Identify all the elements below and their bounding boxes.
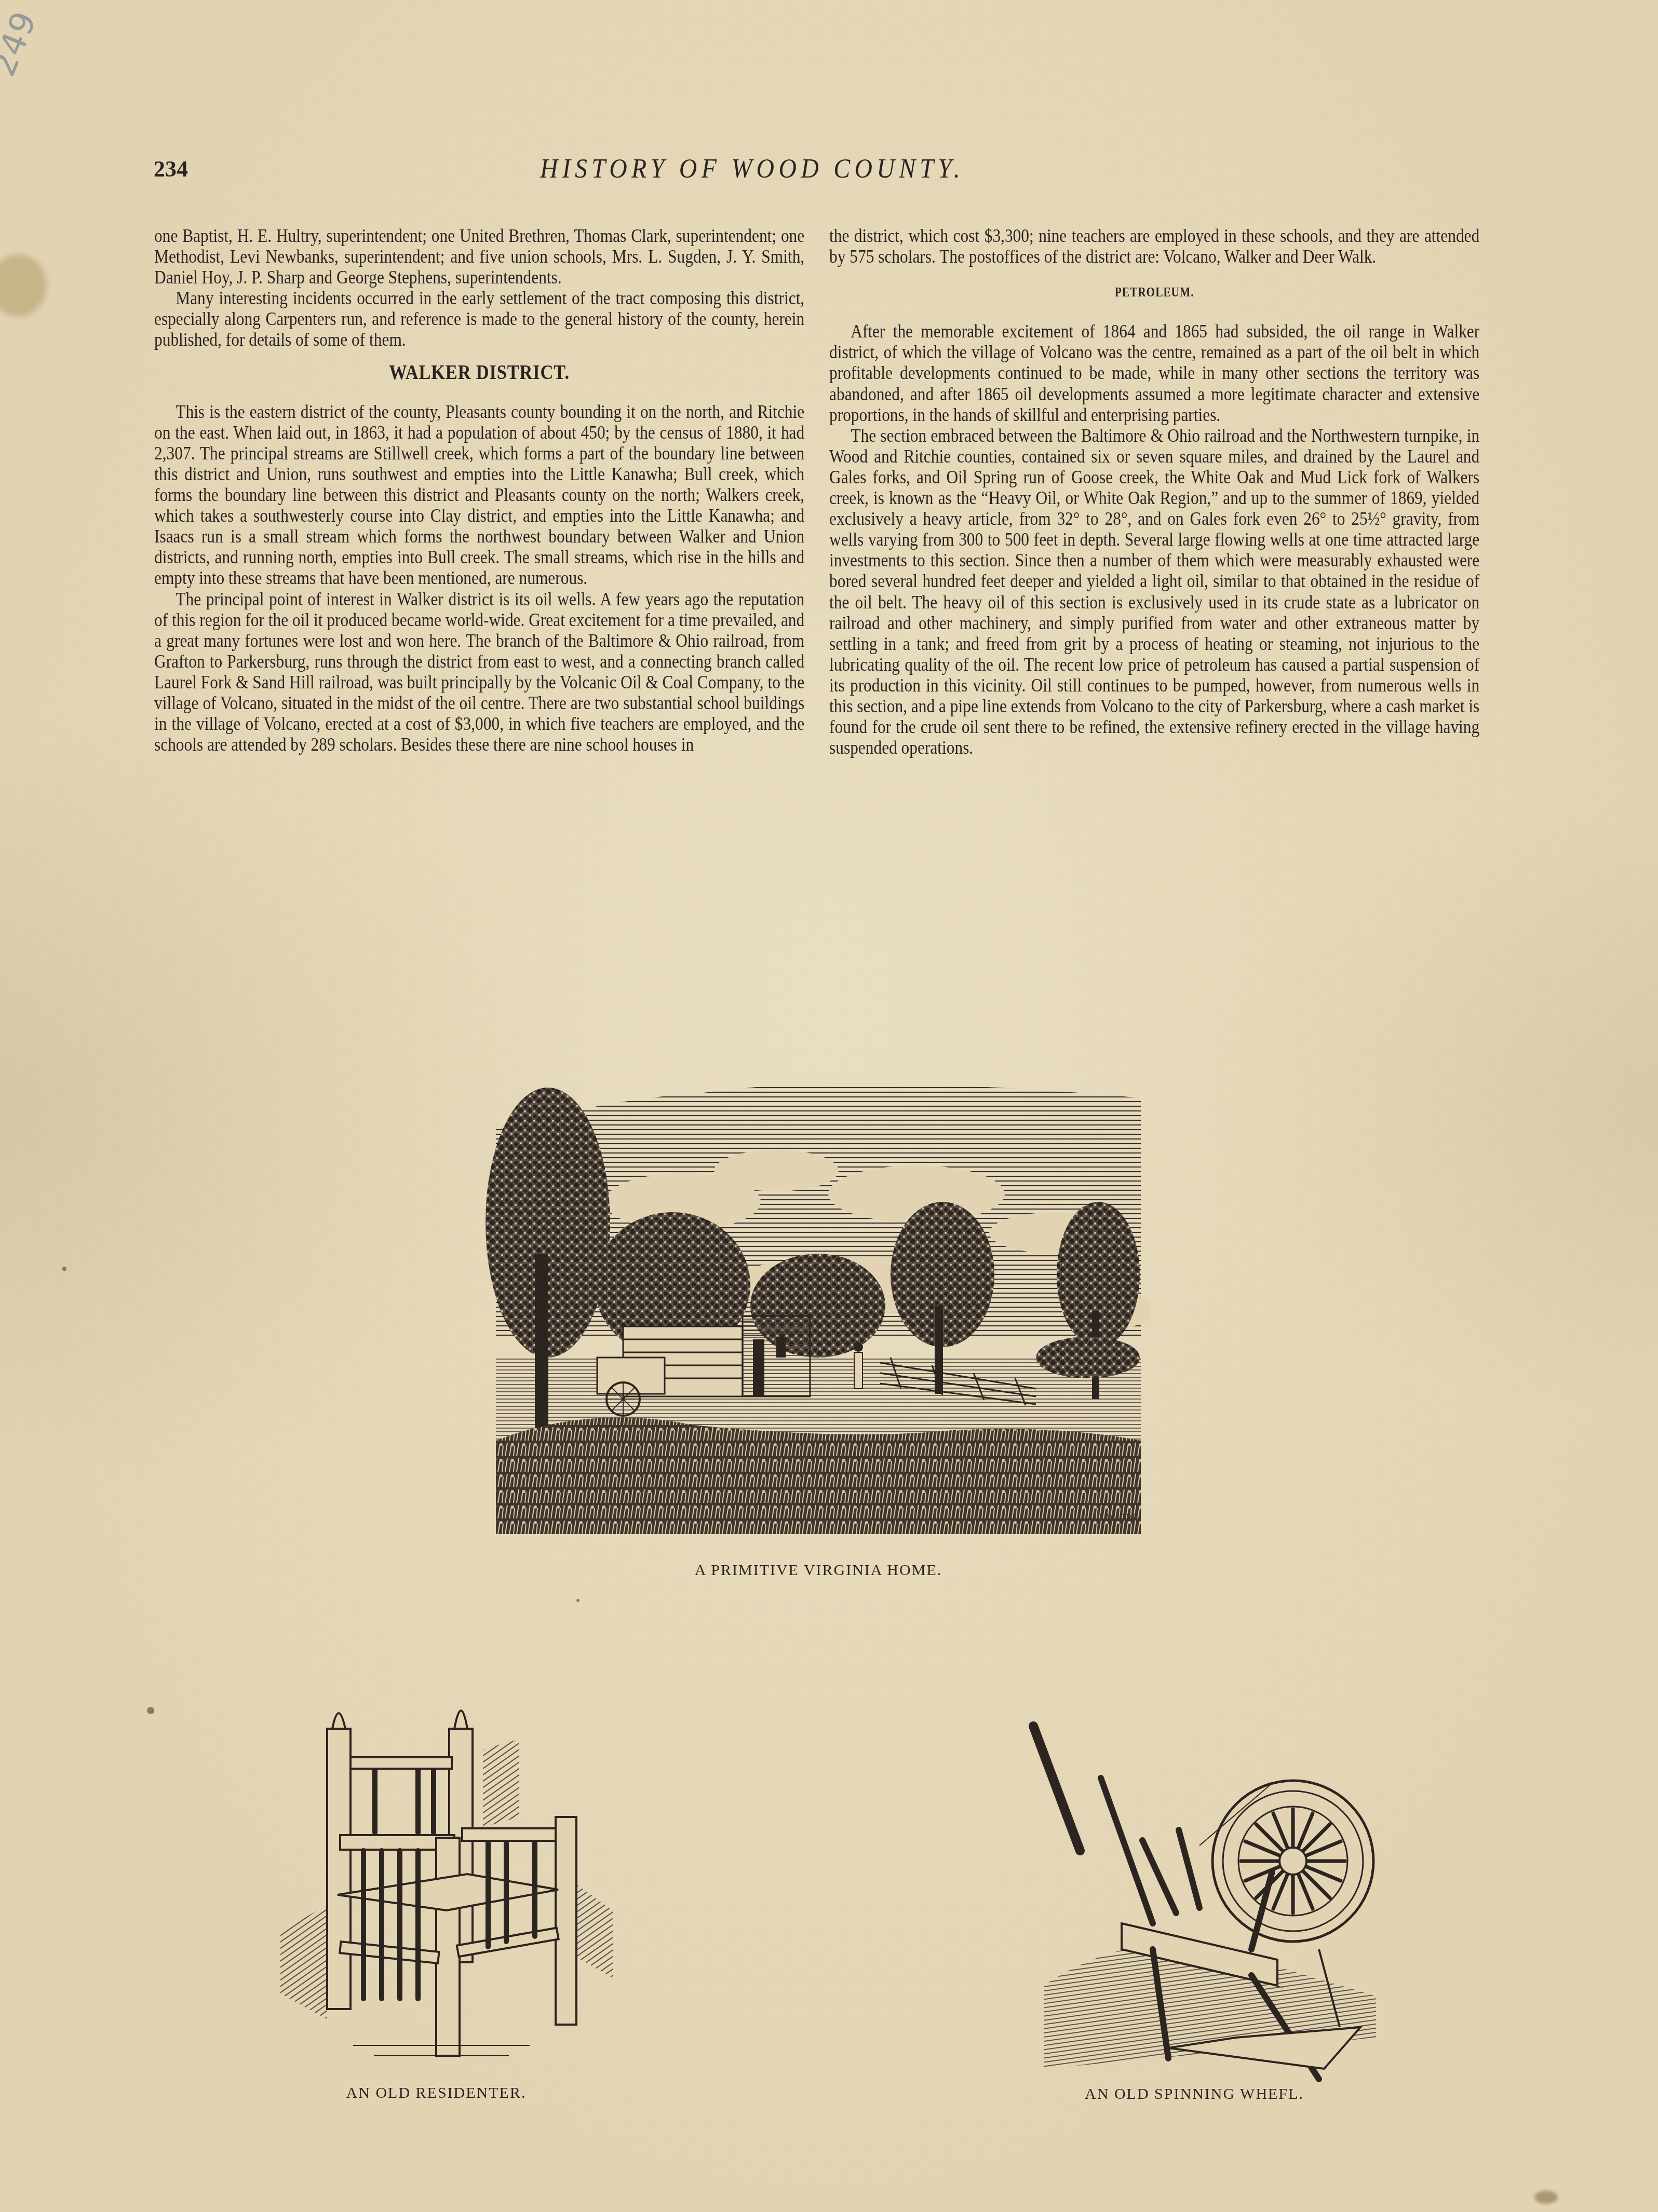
engraver-signature: J. W. ORR <box>1098 1513 1138 1523</box>
paper-stain <box>0 254 47 317</box>
paragraph: Many interesting incidents occurred in t… <box>154 288 804 350</box>
caption-primitive-virginia-home: A PRIMITIVE VIRGINIA HOME. <box>486 1562 1151 1579</box>
section-heading-walker-district: WALKER DISTRICT. <box>154 362 804 383</box>
pencil-margin-note: 249 <box>0 6 45 82</box>
page-number: 234 <box>154 156 188 182</box>
caption-old-spinning-wheel: AN OLD SPINNING WHEFL. <box>997 2085 1392 2103</box>
engraving-primitive-virginia-home: J. W. ORR <box>486 1067 1151 1542</box>
paragraph: the district, which cost $3,300; nine te… <box>829 225 1479 267</box>
caption-old-residenter: AN OLD RESIDENTER. <box>249 2084 623 2102</box>
paper-stain <box>1534 2191 1558 2204</box>
running-head: HISTORY OF WOOD COUNTY. <box>540 154 1075 184</box>
engraving-old-spinning-wheel <box>1002 1705 1397 2084</box>
paragraph: The section embraced between the Baltimo… <box>829 425 1479 758</box>
armchair-illustration <box>260 1687 623 2082</box>
spinning-wheel-illustration <box>1002 1705 1397 2084</box>
left-column: one Baptist, H. E. Hultry, superintenden… <box>154 225 804 755</box>
paragraph: The principal point of interest in Walke… <box>154 589 804 755</box>
log-cabin-scene-illustration: J. W. ORR <box>486 1067 1151 1542</box>
right-column: the district, which cost $3,300; nine te… <box>829 225 1479 758</box>
paragraph: This is the eastern district of the coun… <box>154 401 804 589</box>
section-heading-petroleum: PETROLEUM. <box>829 282 1479 303</box>
paper-speck <box>147 1707 154 1714</box>
paper-speck <box>62 1267 66 1271</box>
paragraph: After the memorable excitement of 1864 a… <box>829 321 1479 425</box>
engraving-old-residenter-chair <box>260 1687 623 2082</box>
paper-speck <box>576 1599 579 1602</box>
paragraph: one Baptist, H. E. Hultry, superintenden… <box>154 225 804 288</box>
